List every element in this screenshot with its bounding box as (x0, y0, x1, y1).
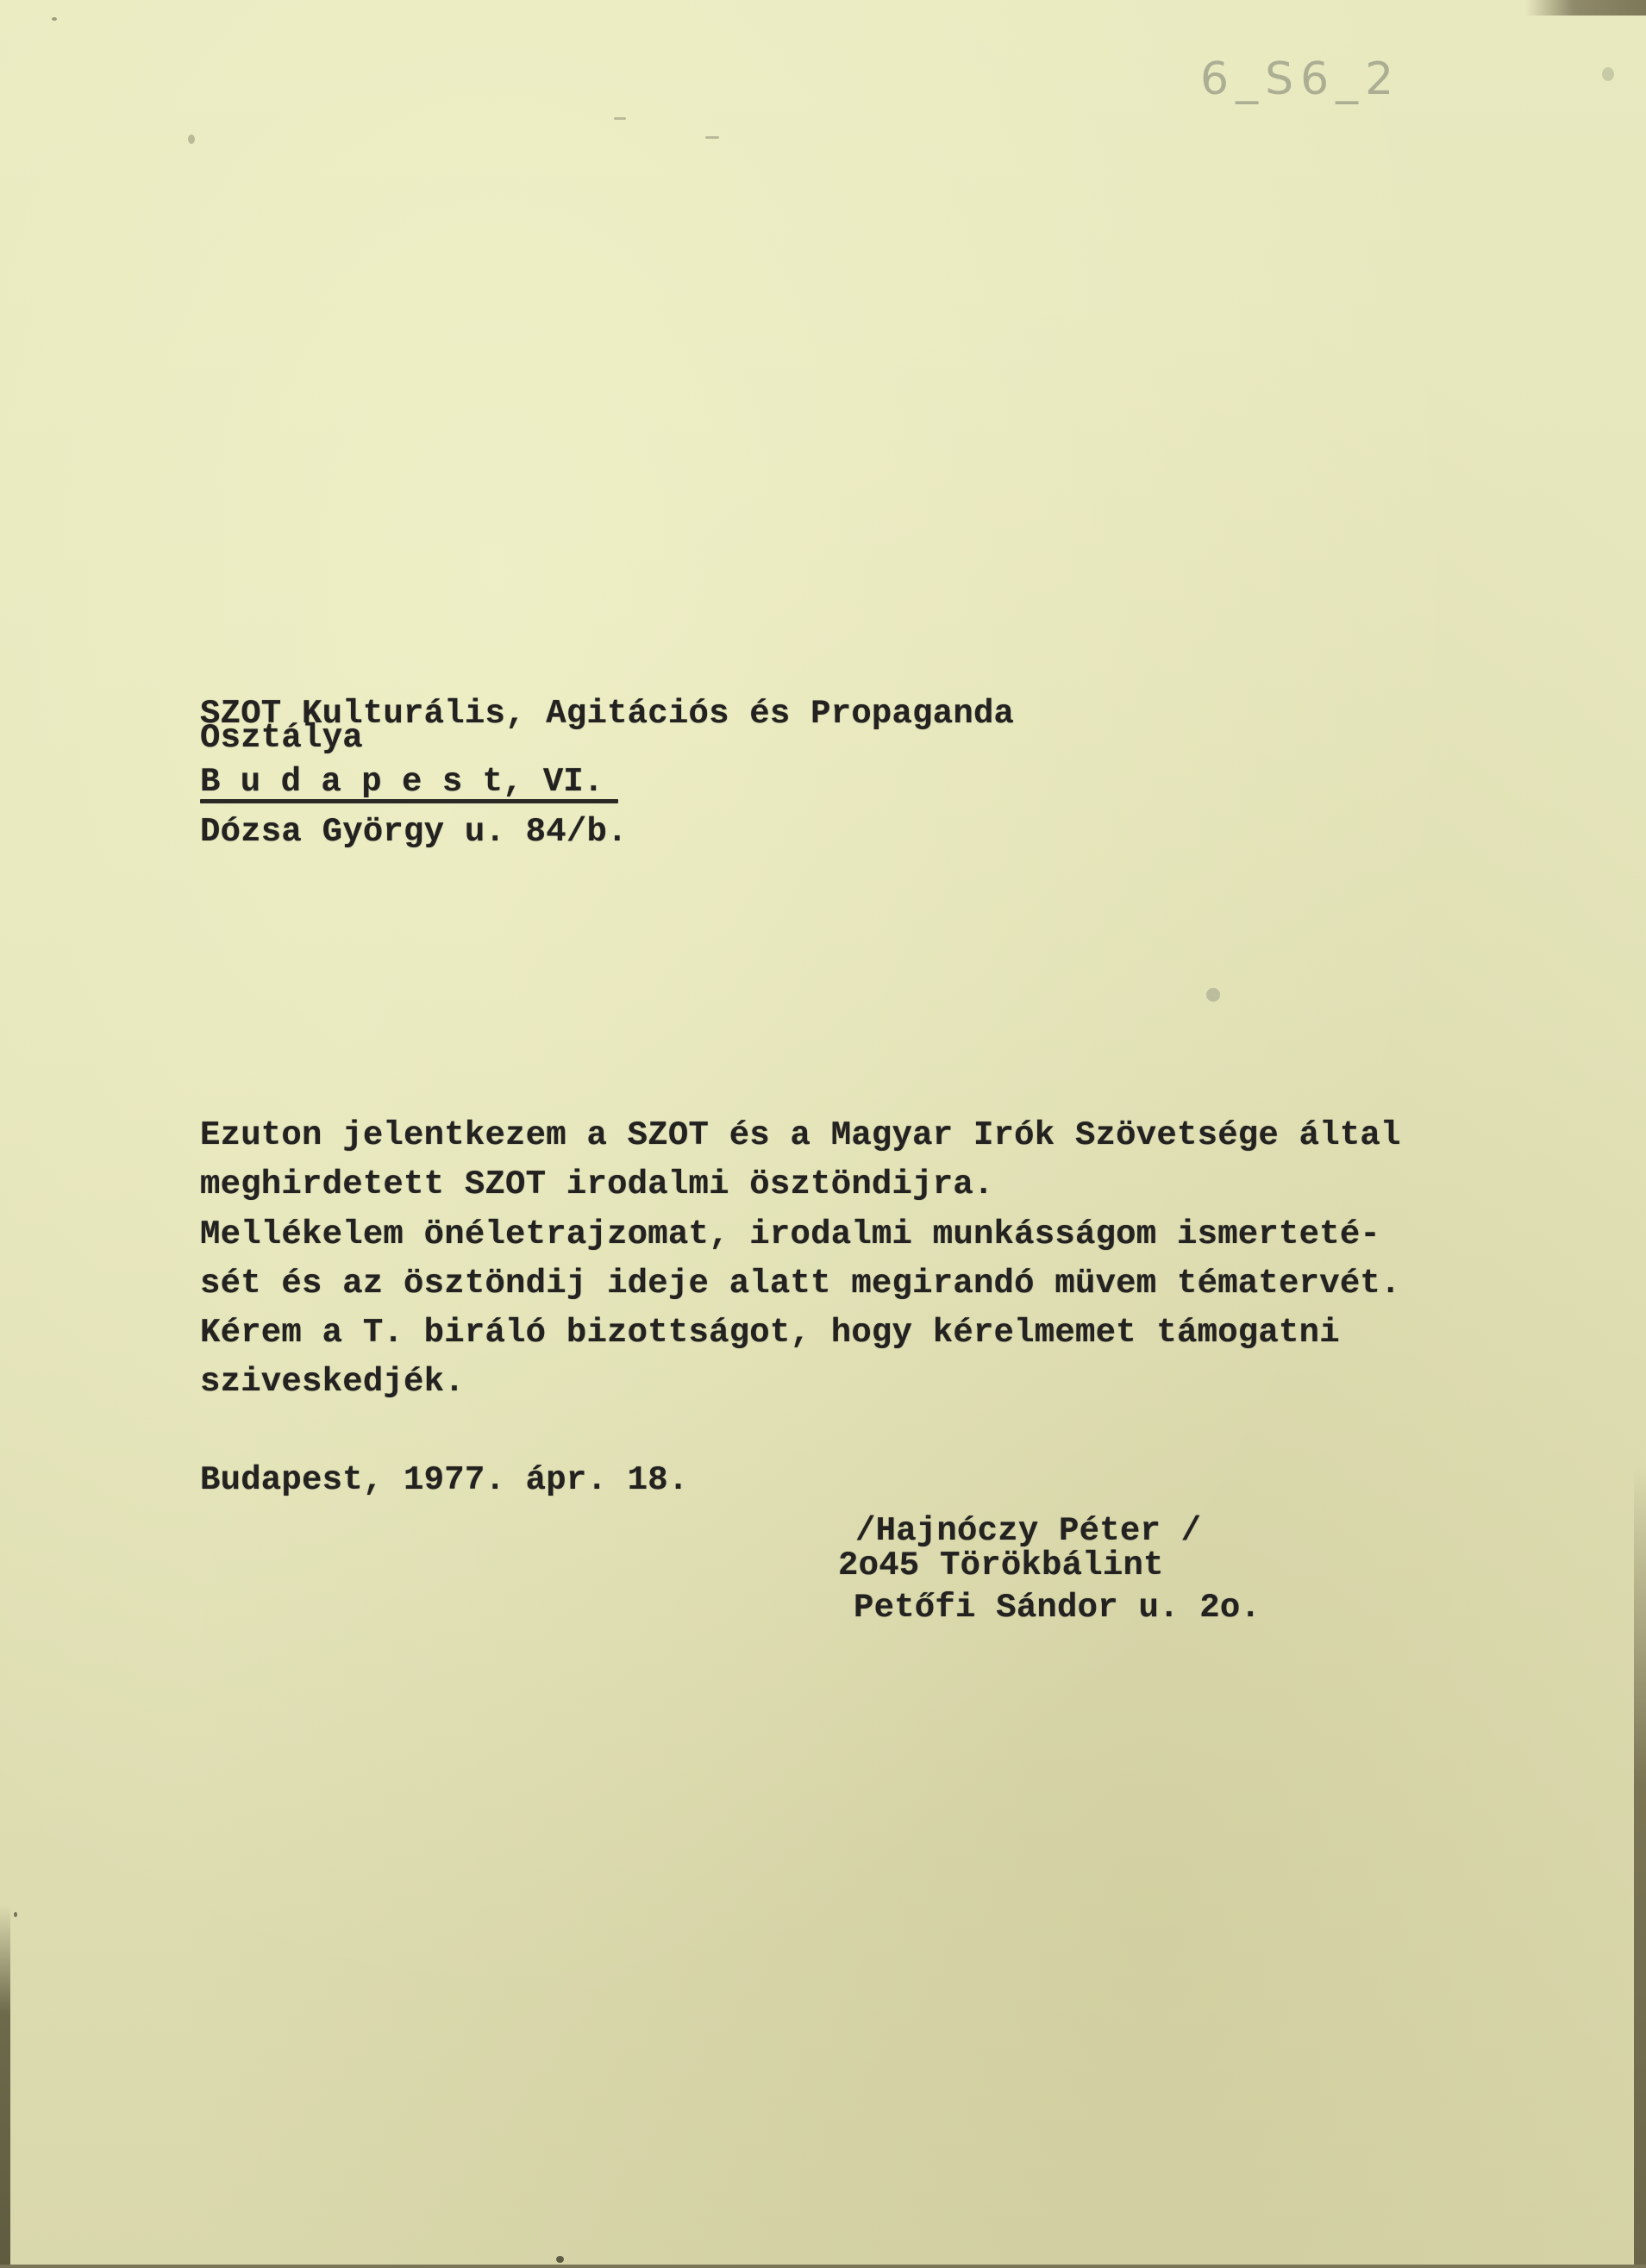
background-edge-top-right (1525, 0, 1646, 16)
body-line: sét és az ösztöndij ideje alatt megirand… (200, 1267, 1401, 1301)
sender-street: Petőfi Sándor u. 2o. (854, 1591, 1261, 1625)
recipient-line-2: Osztálya (200, 722, 363, 755)
body-line: Mellékelem önéletrajzomat, irodalmi munk… (200, 1218, 1380, 1252)
paper-speck (1602, 67, 1614, 81)
body-line: Kérem a T. biráló bizottságot, hogy kére… (200, 1316, 1340, 1350)
background-edge-left (0, 1905, 10, 2268)
background-edge-bottom (0, 2265, 1646, 2268)
paper-speck (614, 117, 626, 120)
background-edge-right (1634, 1465, 1646, 2268)
paper-speck (14, 1912, 17, 1917)
sender-name: /Hajnóczy Péter / (855, 1515, 1201, 1548)
paper-speck (556, 2256, 564, 2263)
sender-town: 2o45 Törökbálint (838, 1549, 1164, 1583)
body-line: Ezuton jelentkezem a SZOT és a Magyar Ir… (200, 1119, 1401, 1153)
body-line: sziveskedjék. (200, 1365, 465, 1399)
body-line: meghirdetett SZOT irodalmi ösztöndijra. (200, 1168, 994, 1202)
paper-speck (188, 134, 195, 144)
date-line: Budapest, 1977. ápr. 18. (200, 1464, 689, 1497)
archive-annotation: 6_S6_2 (1200, 53, 1400, 105)
paper-speck (52, 17, 57, 21)
paper-speck (705, 136, 719, 139)
recipient-city-underline (200, 799, 618, 803)
recipient-city: B u d a p e s t, VI. (200, 765, 604, 799)
recipient-street: Dózsa György u. 84/b. (200, 815, 628, 849)
paper-speck (1206, 988, 1220, 1002)
